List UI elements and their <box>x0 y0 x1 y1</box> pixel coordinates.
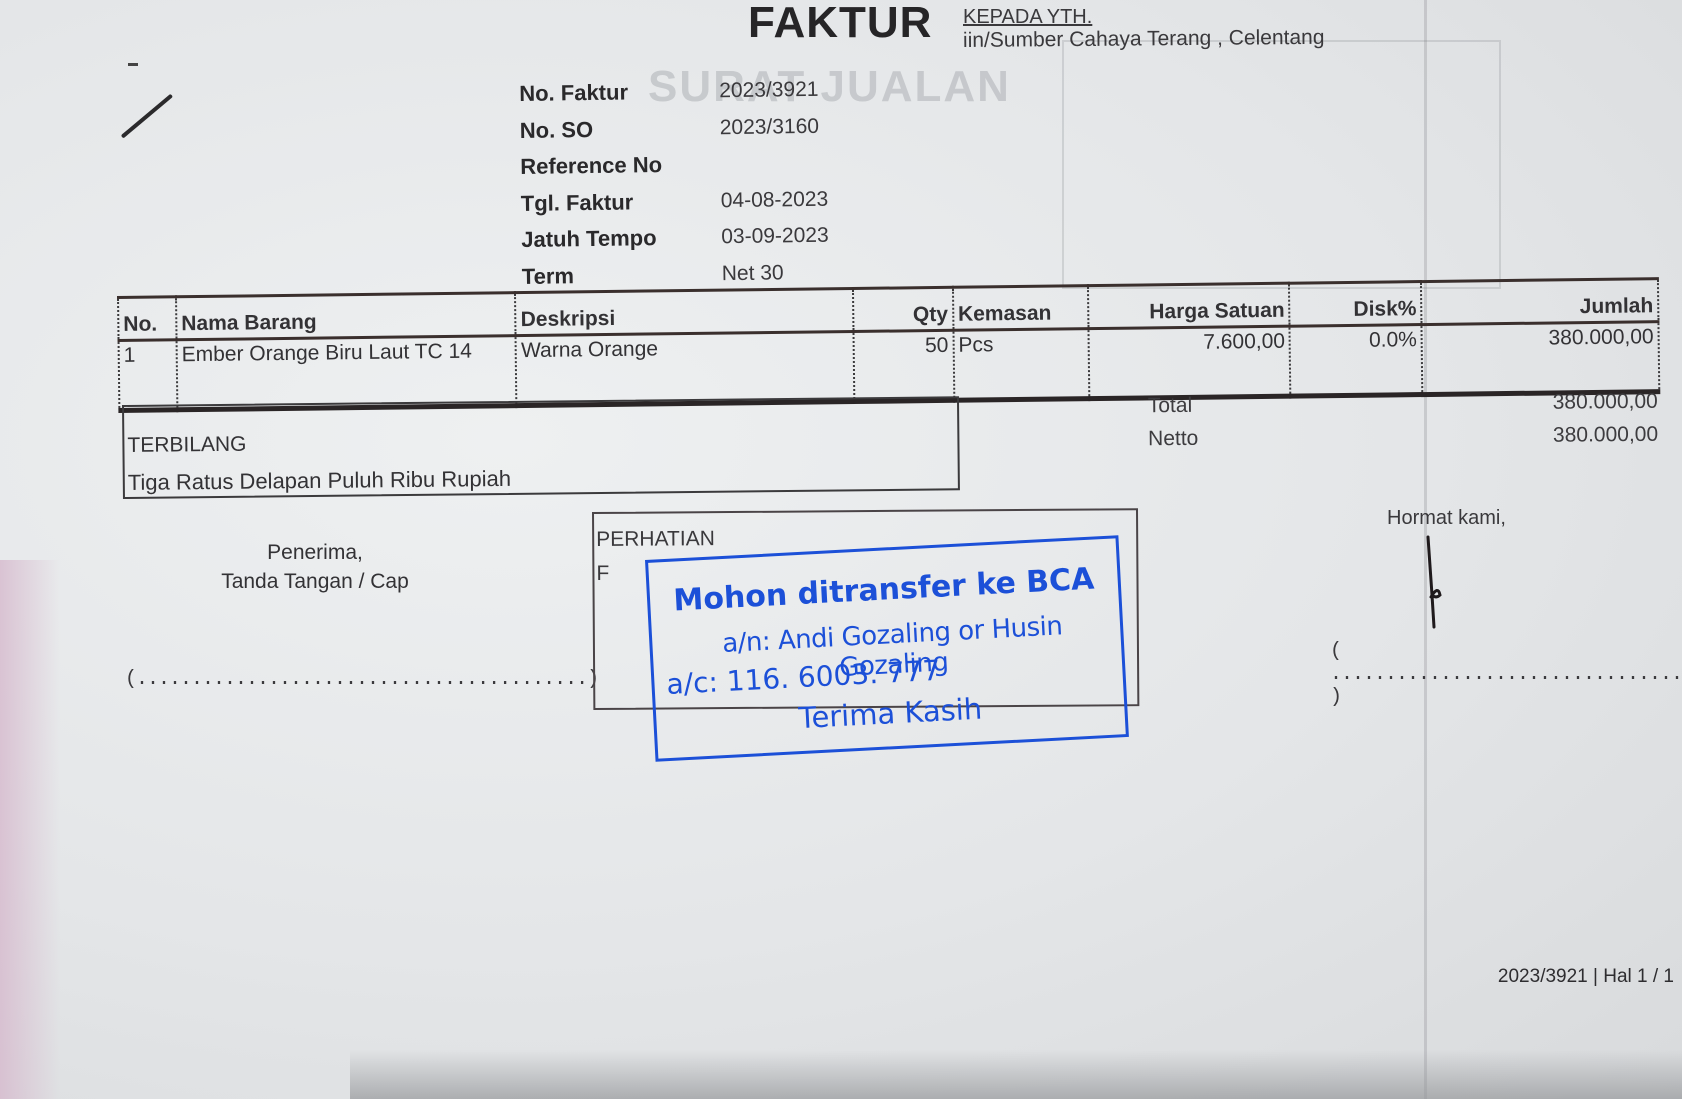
meta-label: Tgl. Faktur <box>521 188 721 217</box>
meta-value: 03-09-2023 <box>721 224 829 249</box>
bank-transfer-stamp: Mohon ditransfer ke BCA a/n: Andi Gozali… <box>645 535 1129 762</box>
total-label: Total <box>1148 394 1193 427</box>
recipient-label: KEPADA YTH. <box>963 6 1092 29</box>
col-header-harga-satuan: Harga Satuan <box>1088 283 1290 328</box>
cell-qty: 50 <box>853 330 954 401</box>
meta-label: Reference No <box>520 151 720 180</box>
col-header-qty: Qty <box>853 287 953 331</box>
paper-edge-tint <box>0 560 60 1099</box>
handwritten-signature-icon <box>1420 535 1450 635</box>
receiver-signature-block: Penerima, Tanda Tangan / Cap <box>150 538 480 596</box>
netto-row: Netto 380.000,00 <box>1148 423 1658 460</box>
perhatian-value: F <box>596 562 609 586</box>
col-header-disk: Disk% <box>1289 282 1421 327</box>
terbilang-box: TERBILANG Tiga Ratus Delapan Puluh Ribu … <box>122 396 960 499</box>
meta-label: Term <box>522 261 722 290</box>
col-header-jumlah: Jumlah <box>1421 279 1658 325</box>
meta-row-tgl-faktur: Tgl. Faktur 04-08-2023 <box>521 181 829 222</box>
stamp-line-transfer: Mohon ditransfer ke BCA <box>649 560 1118 619</box>
cell-nama-barang: Ember Orange Biru Laut TC 14 <box>176 336 516 410</box>
terbilang-value: Tiga Ratus Delapan Puluh Ribu Rupiah <box>128 466 511 496</box>
perhatian-label: PERHATIAN <box>596 527 715 552</box>
cell-no: 1 <box>119 340 178 411</box>
invoice-meta: No. Faktur 2023/3921 No. SO 2023/3160 Re… <box>519 72 829 295</box>
col-header-no: No. <box>118 297 176 341</box>
paper-shadow <box>350 1050 1682 1099</box>
receiver-instruction: Tanda Tangan / Cap <box>150 567 480 596</box>
sender-signature-line: ( ................................ ) <box>1330 640 1682 709</box>
receiver-label: Penerima, <box>150 538 480 567</box>
meta-label: No. Faktur <box>519 78 719 107</box>
meta-value: Net 30 <box>722 261 784 286</box>
netto-value: 380.000,00 <box>1553 423 1658 457</box>
receiver-signature-line: (.......................................… <box>125 668 598 691</box>
pen-mark-dash <box>128 63 138 66</box>
total-row: Total 380.000,00 <box>1148 390 1658 427</box>
netto-label: Netto <box>1148 427 1198 460</box>
col-header-kemasan: Kemasan <box>953 286 1088 331</box>
meta-row-jatuh-tempo: Jatuh Tempo 03-09-2023 <box>521 218 829 259</box>
terbilang-label: TERBILANG <box>127 433 246 458</box>
totals-block: Total 380.000,00 Netto 380.000,00 <box>1148 390 1659 460</box>
meta-label: No. SO <box>520 115 720 144</box>
meta-value: 04-08-2023 <box>721 187 829 212</box>
total-value: 380.000,00 <box>1553 390 1658 424</box>
page-footer: 2023/3921 | Hal 1 / 1 <box>1498 966 1674 988</box>
meta-value: 2023/3921 <box>719 78 819 103</box>
cell-disk: 0.0% <box>1290 325 1423 397</box>
cell-deskripsi: Warna Orange <box>516 332 854 406</box>
cell-jumlah: 380.000,00 <box>1422 322 1660 395</box>
col-header-nama-barang: Nama Barang <box>176 293 516 340</box>
bleed-through-box <box>1062 40 1501 289</box>
meta-row-no-so: No. SO 2023/3160 <box>520 108 828 149</box>
col-header-deskripsi: Deskripsi <box>515 289 853 336</box>
meta-value: 2023/3160 <box>720 115 820 140</box>
meta-row-no-faktur: No. Faktur 2023/3921 <box>519 72 827 113</box>
recipient-name: iin/Sumber Cahaya Terang , Celentang <box>963 26 1325 53</box>
sender-signature-label: Hormat kami, <box>1387 507 1506 530</box>
cell-kemasan: Pcs <box>953 329 1089 401</box>
meta-row-reference-no: Reference No <box>520 145 828 186</box>
cell-harga-satuan: 7.600,00 <box>1088 326 1291 398</box>
meta-label: Jatuh Tempo <box>521 224 721 253</box>
document-title: FAKTUR <box>748 0 932 48</box>
